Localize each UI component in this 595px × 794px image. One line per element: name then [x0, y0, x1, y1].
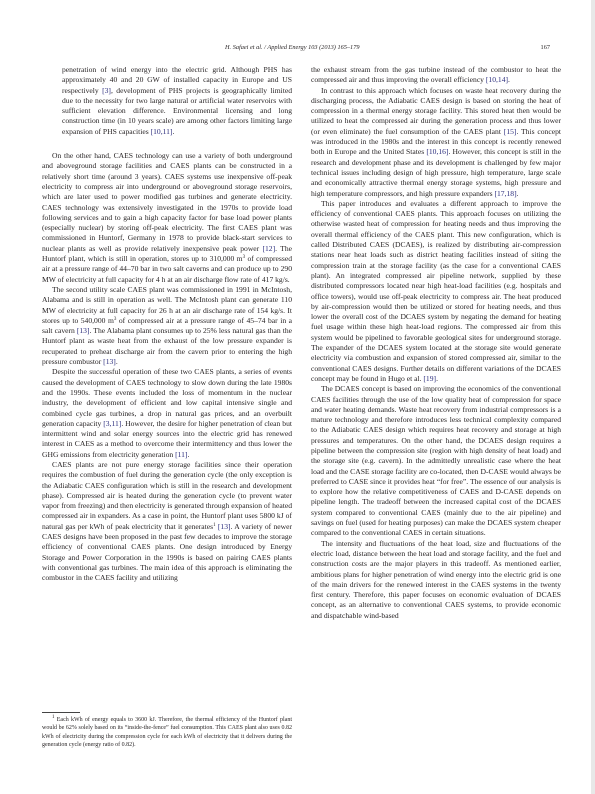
journal-citation: H. Safaei et al. / Applied Energy 103 (2…: [225, 44, 360, 51]
paragraph-adiabatic-caes: In contrast to this approach which focus…: [311, 86, 561, 199]
citation-link[interactable]: [19]: [423, 374, 436, 383]
citation-link[interactable]: [13]: [103, 357, 116, 366]
paragraph-mcintosh-plant: The second utility scale CAES plant was …: [42, 285, 292, 367]
citation-link[interactable]: [11]: [175, 450, 187, 459]
paragraph-phs-limitations: penetration of wind energy into the elec…: [62, 65, 292, 137]
left-column: penetration of wind energy into the elec…: [42, 65, 292, 584]
footnote-text: Each kWh of energy equals to 3600 kJ. Th…: [42, 717, 292, 748]
paragraph-slowdown: Despite the successful operation of thes…: [42, 367, 292, 460]
page-number: 167: [541, 44, 550, 51]
paragraph-fuel-combustion: CAES plants are not pure energy storage …: [42, 460, 292, 584]
paragraph-exhaust-stream: the exhaust stream from the gas turbine …: [311, 65, 561, 86]
citation-link[interactable]: [10,11]: [151, 127, 173, 136]
citation-link[interactable]: [13]: [77, 326, 90, 335]
footnote-divider: [42, 712, 80, 713]
paragraph-tradeoff-factors: The intensity and fluctuations of the he…: [311, 539, 561, 621]
citation-link[interactable]: [17,18]: [494, 189, 516, 198]
running-header: H. Safaei et al. / Applied Energy 103 (2…: [42, 44, 550, 56]
paragraph-caes-technology: On the other hand, CAES technology can u…: [42, 151, 292, 285]
citation-link[interactable]: [13]: [218, 522, 231, 531]
citation-link[interactable]: [10,16]: [426, 147, 448, 156]
citation-link[interactable]: [12]: [262, 244, 275, 253]
paragraph-dcaes-economics: The DCAES concept is based on improving …: [311, 384, 561, 538]
citation-link[interactable]: [3]: [102, 86, 111, 95]
footnote: 1 Each kWh of energy equals to 3600 kJ. …: [42, 716, 292, 750]
paragraph-dcaes-introduction: This paper introduces and evaluates a di…: [311, 199, 561, 384]
citation-link[interactable]: [3,11]: [103, 419, 121, 428]
right-column: the exhaust stream from the gas turbine …: [311, 65, 561, 621]
scrollbar[interactable]: [591, 0, 595, 794]
citation-link[interactable]: [10,14]: [486, 75, 508, 84]
citation-link[interactable]: [15]: [504, 127, 517, 136]
